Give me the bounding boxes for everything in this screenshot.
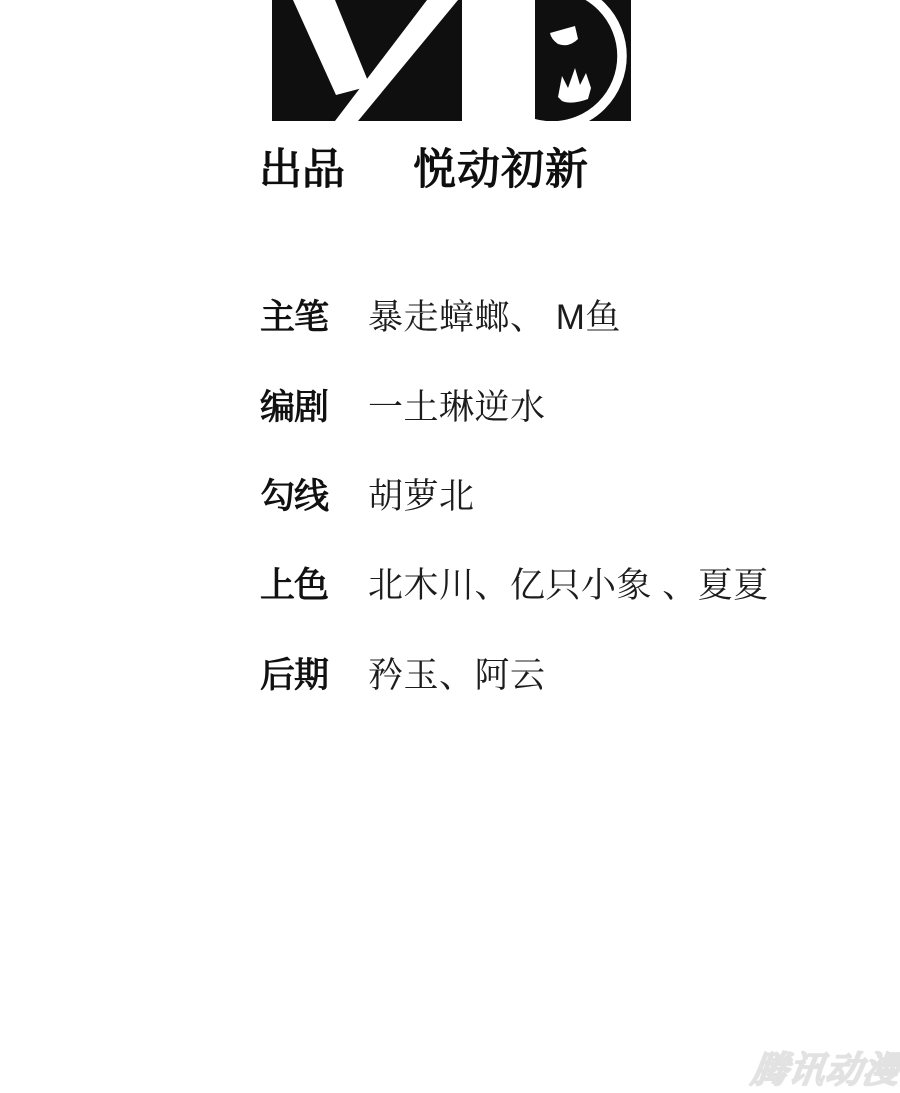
producer-label: 出品 (259, 136, 345, 197)
credit-role: 主笔 (260, 300, 368, 336)
credit-row-lead-artist: 主笔 暴走蟑螂、 M鱼 (260, 300, 621, 336)
credit-names: 一土琳逆水 (368, 390, 546, 426)
studio-logo (272, 0, 632, 121)
credit-row-line-art: 勾线 胡萝北 (260, 479, 475, 515)
credit-role: 勾线 (260, 479, 368, 515)
credit-role: 上色 (260, 568, 368, 604)
credit-names: 矜玉、阿云 (368, 658, 546, 694)
credit-names: 北木川、亿只小象 、夏夏 (368, 568, 769, 604)
logo-y-mark-icon (272, 0, 462, 121)
studio-logo-graphic (272, 0, 632, 121)
credit-names: 暴走蟑螂、 M鱼 (368, 300, 621, 336)
tencent-comics-watermark: 腾讯动漫 (748, 1042, 900, 1093)
credit-names: 胡萝北 (368, 479, 475, 515)
logo-d-cat-icon (482, 0, 631, 121)
credit-row-post-production: 后期 矜玉、阿云 (260, 658, 546, 694)
credit-role: 编剧 (260, 390, 368, 426)
credit-role: 后期 (260, 658, 368, 694)
credit-row-coloring: 上色 北木川、亿只小象 、夏夏 (260, 568, 769, 604)
credit-row-screenwriter: 编剧 一土琳逆水 (260, 390, 546, 426)
producer-line: 出品 悦动初新 (259, 136, 589, 186)
producer-name: 悦动初新 (413, 136, 589, 197)
comic-credits-page: 出品 悦动初新 主笔 暴走蟑螂、 M鱼 编剧 一土琳逆水 勾线 胡萝北 上色 北… (0, 0, 900, 1093)
